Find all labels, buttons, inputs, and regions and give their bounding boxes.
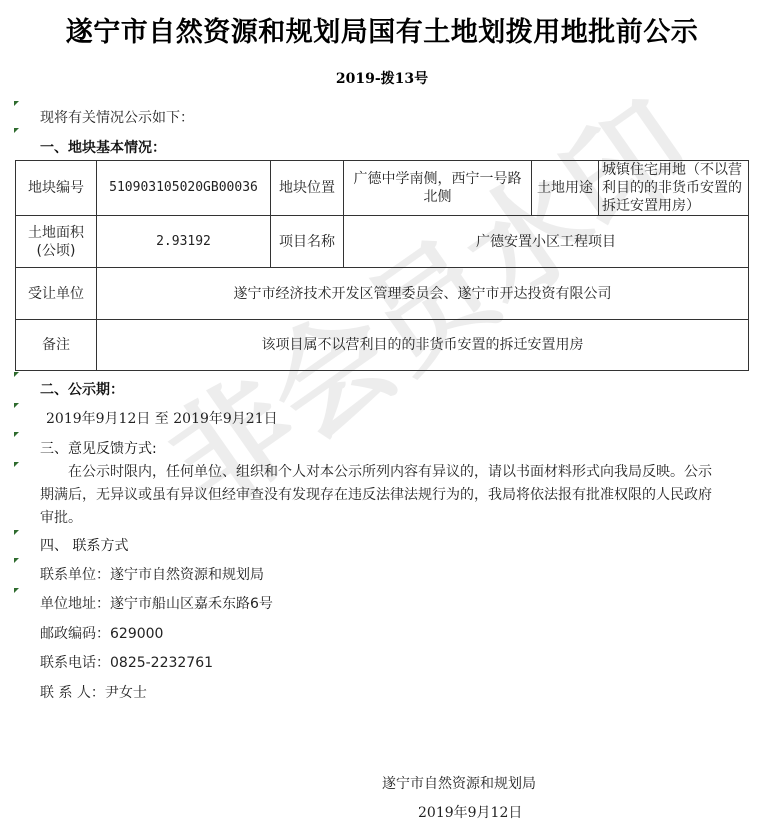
assignee-value: 遂宁市经济技术开发区管理委员会、遂宁市开达投资有限公司 — [97, 268, 749, 320]
section2-heading: 二、公示期： — [40, 379, 124, 399]
parcel-no-value: 510903105020GB00036 — [97, 161, 271, 216]
contact-postcode: 邮政编码：629000 — [40, 623, 163, 643]
section1-heading: 一、地块基本情况： — [40, 137, 166, 157]
table-row: 地块编号 510903105020GB00036 地块位置 广德中学南侧，西宁一… — [16, 161, 749, 216]
contact-unit: 联系单位：遂宁市自然资源和规划局 — [40, 564, 264, 584]
paragraph-marker-icon — [14, 588, 19, 593]
document-number: 2019-拨13号 — [0, 68, 764, 88]
publicity-period: 2019年9月12日 至 2019年9月21日 — [46, 408, 278, 428]
paragraph-marker-icon — [14, 558, 19, 563]
section3-heading: 三、意见反馈方式: — [40, 438, 157, 458]
paragraph-marker-icon — [14, 403, 19, 408]
location-value: 广德中学南侧，西宁一号路北侧 — [344, 161, 532, 216]
label-land-use: 土地用途 — [532, 161, 599, 216]
intro-text: 现将有关情况公示如下： — [40, 107, 194, 127]
label-project: 项目名称 — [271, 216, 344, 268]
label-remarks: 备注 — [16, 320, 97, 371]
label-location: 地块位置 — [271, 161, 344, 216]
table-row: 备注 该项目属不以营利目的的非货币安置的拆迁安置用房 — [16, 320, 749, 371]
paragraph-marker-icon — [14, 432, 19, 437]
feedback-text: 在公示时限内，任何单位、组织和个人对本公示所列内容有异议的，请以书面材料形式向我… — [40, 464, 712, 526]
document-title: 遂宁市自然资源和规划局国有土地划拨用地批前公示 — [0, 10, 764, 49]
area-value: 2.93192 — [97, 216, 271, 268]
paragraph-marker-icon — [14, 530, 19, 535]
contact-address: 单位地址：遂宁市船山区嘉禾东路6号 — [40, 593, 273, 613]
parcel-info-table: 地块编号 510903105020GB00036 地块位置 广德中学南侧，西宁一… — [15, 160, 749, 371]
paragraph-marker-icon — [14, 128, 19, 133]
remarks-value: 该项目属不以营利目的的非货币安置的拆迁安置用房 — [97, 320, 749, 371]
land-use-value: 城镇住宅用地（不以营利目的的非货币安置的拆迁安置用房） — [599, 161, 749, 216]
contact-person: 联 系 人：尹女士 — [40, 682, 147, 702]
paragraph-marker-icon — [14, 372, 19, 377]
section4-heading: 四、 联系方式 — [40, 535, 128, 555]
label-area: 土地面积(公顷) — [16, 216, 97, 268]
paragraph-marker-icon — [14, 462, 19, 467]
signature-date: 2019年9月12日 — [418, 802, 522, 822]
feedback-paragraph: 在公示时限内，任何单位、组织和个人对本公示所列内容有异议的，请以书面材料形式向我… — [40, 461, 720, 530]
contact-phone: 联系电话：0825-2232761 — [40, 652, 213, 672]
signature-org: 遂宁市自然资源和规划局 — [382, 773, 536, 793]
paragraph-marker-icon — [14, 101, 19, 106]
table-row: 受让单位 遂宁市经济技术开发区管理委员会、遂宁市开达投资有限公司 — [16, 268, 749, 320]
label-parcel-no: 地块编号 — [16, 161, 97, 216]
project-value: 广德安置小区工程项目 — [344, 216, 749, 268]
table-row: 土地面积(公顷) 2.93192 项目名称 广德安置小区工程项目 — [16, 216, 749, 268]
label-assignee: 受让单位 — [16, 268, 97, 320]
